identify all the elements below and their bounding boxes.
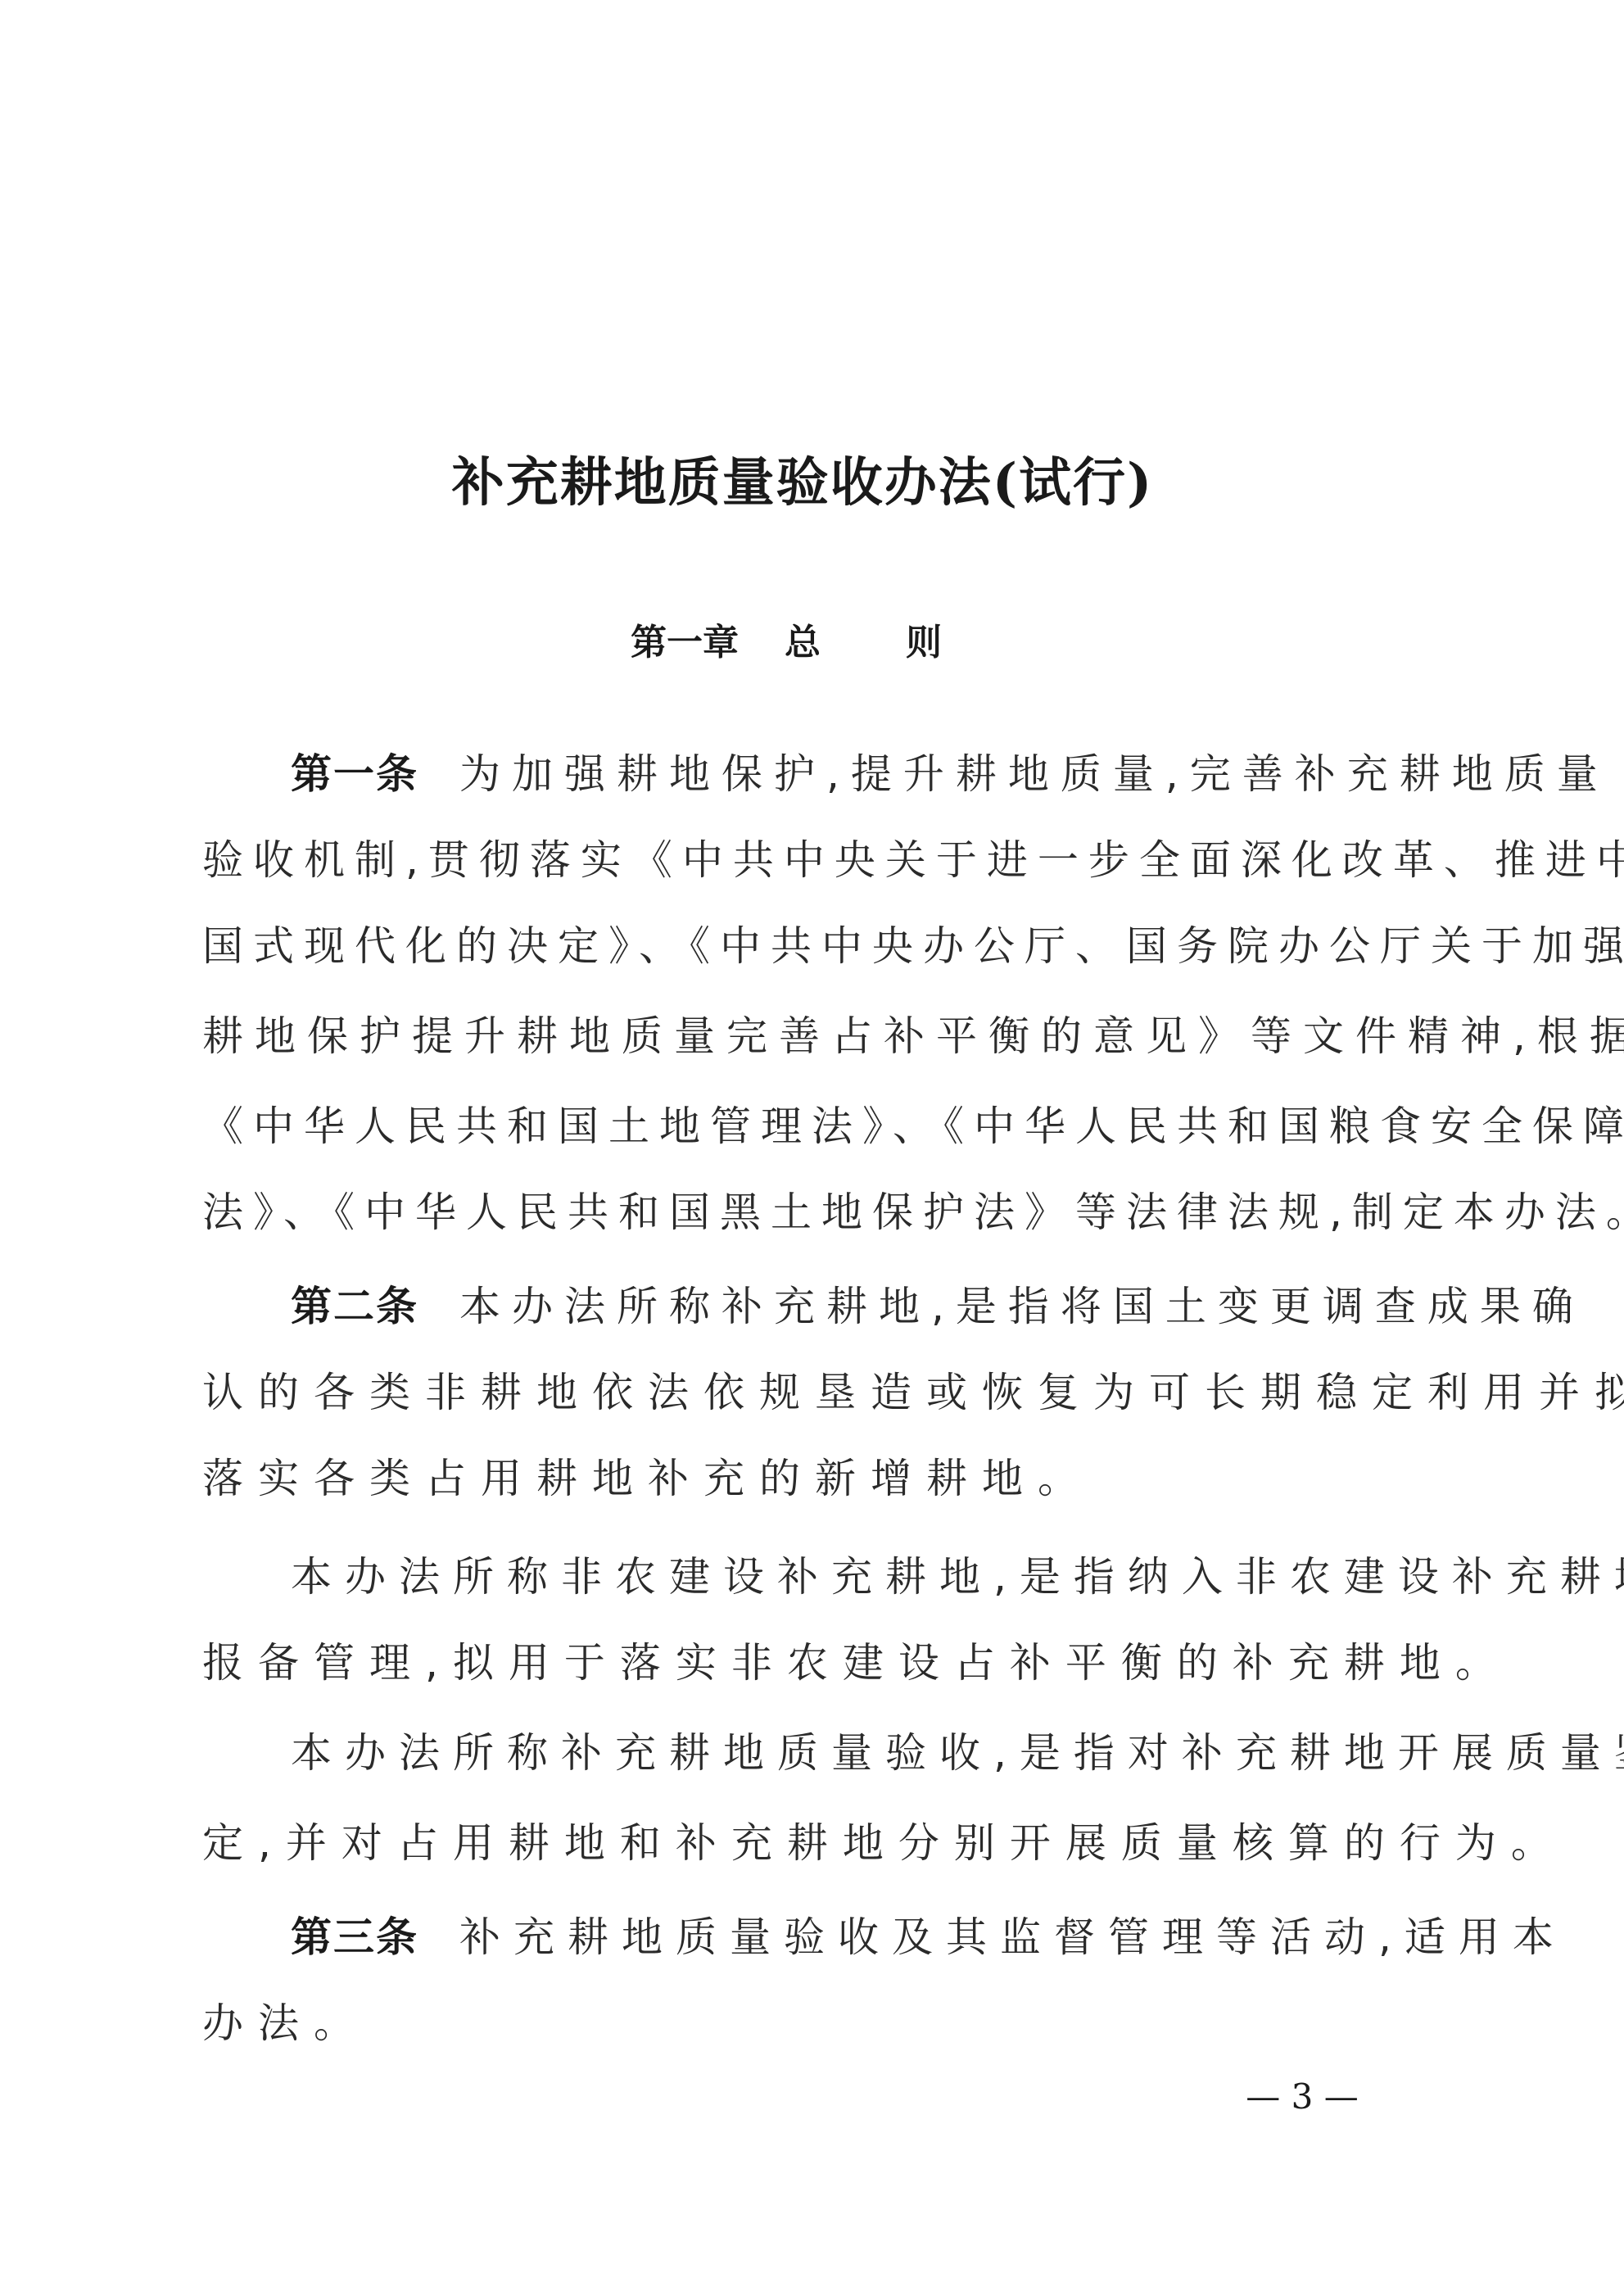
article-2-label: 第二条	[291, 1283, 418, 1330]
chapter-name-part2: 则	[906, 622, 942, 663]
article-2-text: 本办法所称补充耕地,是指将国土变更调查成果确	[459, 1283, 1585, 1330]
page-number: — 3 —	[1233, 2068, 1372, 2126]
article-1-line-6: 法》、《中华人民共和国黑土地保护法》等法律法规,制定本办法。	[202, 1180, 1431, 1245]
document-page: 补充耕地质量验收办法(试行) 第一章总则 第一条为加强耕地保护,提升耕地质量,完…	[0, 0, 1624, 2296]
chapter-number: 第一章	[631, 622, 739, 663]
article-1-line-1: 第一条为加强耕地保护,提升耕地质量,完善补充耕地质量	[291, 741, 1431, 807]
article-1-line-3: 国式现代化的决定》、《中共中央办公厅、国务院办公厅关于加强	[202, 913, 1431, 979]
article-1-line-5: 《中华人民共和国土地管理法》、《中华人民共和国粮食安全保障	[202, 1094, 1431, 1159]
document-title: 补充耕地质量验收办法(试行)	[409, 446, 1196, 520]
chapter-heading: 第一章总则	[631, 614, 991, 672]
article-2-line-2: 认的各类非耕地依法依规垦造或恢复为可长期稳定利用并拟用于	[202, 1360, 1431, 1425]
article-2-line-1: 第二条本办法所称补充耕地,是指将国土变更调查成果确	[291, 1274, 1431, 1339]
article-2-para-3-line-1: 本办法所称补充耕地质量验收,是指对补充耕地开展质量鉴	[291, 1720, 1431, 1786]
article-3-line-2: 办法。	[202, 1990, 1431, 2056]
chapter-name-part1: 总	[785, 622, 821, 663]
article-1-line-2: 验收机制,贯彻落实《中共中央关于进一步全面深化改革、推进中	[202, 827, 1431, 893]
article-1-label: 第一条	[291, 750, 418, 798]
article-2-para-2-line-1: 本办法所称非农建设补充耕地,是指纳入非农建设补充耕地	[291, 1544, 1431, 1610]
article-3-line-1: 第三条补充耕地质量验收及其监督管理等活动,适用本	[291, 1904, 1431, 1970]
article-2-para-3-line-2: 定,并对占用耕地和补充耕地分别开展质量核算的行为。	[202, 1810, 1431, 1876]
article-2-para-2-line-2: 报备管理,拟用于落实非农建设占补平衡的补充耕地。	[202, 1630, 1431, 1696]
article-1-line-4: 耕地保护提升耕地质量完善占补平衡的意见》等文件精神,根据	[202, 1003, 1431, 1069]
article-1-text: 为加强耕地保护,提升耕地质量,完善补充耕地质量	[459, 750, 1609, 798]
article-2-line-3: 落实各类占用耕地补充的新增耕地。	[202, 1446, 1431, 1511]
article-3-text: 补充耕地质量验收及其监督管理等活动,适用本	[459, 1913, 1567, 1961]
article-3-label: 第三条	[291, 1913, 418, 1961]
